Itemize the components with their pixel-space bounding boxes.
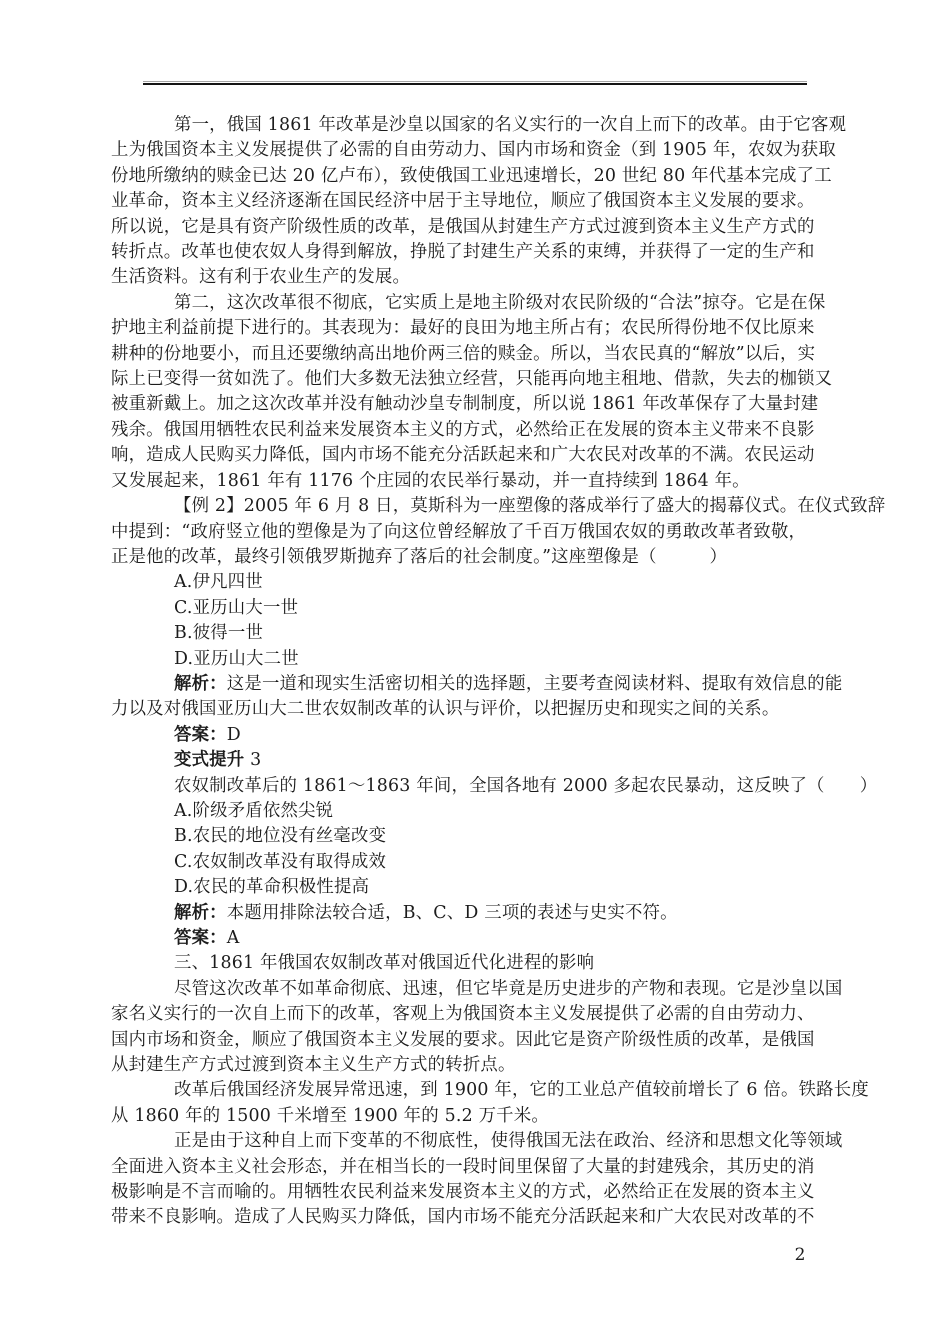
- line-text: A.伊凡四世: [174, 572, 263, 592]
- line-text: 【例 2】2005 年 6 月 8 日，莫斯科为一座塑像的落成举行了盛大的揭幕仪…: [174, 496, 885, 516]
- text-line: 解析：本题用排除法较合适，B、C、D 三项的表述与史实不符。: [111, 901, 821, 926]
- line-text: D.农民的革命积极性提高: [174, 877, 369, 897]
- text-line: 从封建生产方式过渡到资本主义生产方式的转折点。: [111, 1053, 821, 1078]
- text-line: 残余。俄国用牺牲农民利益来发展资本主义的方式，必然给正在发展的资本主义带来不良影: [111, 418, 821, 443]
- line-text: 改革后俄国经济发展异常迅速，到 1900 年，它的工业总产值较前增长了 6 倍。…: [174, 1080, 869, 1100]
- line-text: 业革命，资本主义经济逐渐在国民经济中居于主导地位，顺应了俄国资本主义发展的要求。: [111, 191, 815, 211]
- line-text: 所以说，它是具有资产阶级性质的改革，是俄国从封建生产方式过渡到资本主义生产方式的: [111, 217, 815, 237]
- text-line: 家名义实行的一次自上而下的改革，客观上为俄国资本主义发展提供了必需的自由劳动力、: [111, 1002, 821, 1027]
- text-line: A.阶级矛盾依然尖锐: [111, 799, 821, 824]
- text-line: C.农奴制改革没有取得成效: [111, 850, 821, 875]
- line-text: 又发展起来，1861 年有 1176 个庄园的农民举行暴动，并一直持续到 186…: [111, 471, 750, 491]
- text-line: 份地所缴纳的赎金已达 20 亿卢布），致使俄国工业迅速增长，20 世纪 80 年…: [111, 164, 821, 189]
- line-text: 极影响是不言而喻的。用牺牲农民利益来发展资本主义的方式，必然给正在发展的资本主义: [111, 1182, 815, 1202]
- line-text: 第二，这次改革很不彻底，它实质上是地主阶级对农民阶级的“合法”掠夺。它是在保: [174, 293, 825, 313]
- line-text: 转折点。改革也使农奴人身得到解放，挣脱了封建生产关系的束缚，并获得了一定的生产和: [111, 242, 815, 262]
- text-line: 被重新戴上。加之这次改革并没有触动沙皇专制制度，所以说 1861 年改革保存了大…: [111, 392, 821, 417]
- text-line: C.亚历山大一世: [111, 596, 821, 621]
- line-text: 份地所缴纳的赎金已达 20 亿卢布），致使俄国工业迅速增长，20 世纪 80 年…: [111, 166, 832, 186]
- text-line: 所以说，它是具有资产阶级性质的改革，是俄国从封建生产方式过渡到资本主义生产方式的: [111, 215, 821, 240]
- line-text: C.农奴制改革没有取得成效: [174, 852, 386, 872]
- text-line: 耕种的份地要小，而且还要缴纳高出地价两三倍的赎金。所以，当农民真的“解放”以后，…: [111, 342, 821, 367]
- line-label: 解析：: [174, 903, 227, 923]
- line-text: 带来不良影响。造成了人民购买力降低，国内市场不能充分活跃起来和广大农民对改革的不: [111, 1207, 815, 1227]
- text-line: 际上已变得一贫如洗了。他们大多数无法独立经营，只能再向地主租地、借款，失去的枷锁…: [111, 367, 821, 392]
- line-text: B.农民的地位没有丝毫改变: [174, 826, 386, 846]
- line-text: 本题用排除法较合适，B、C、D 三项的表述与史实不符。: [227, 903, 678, 923]
- text-line: 第一，俄国 1861 年改革是沙皇以国家的名义实行的一次自上而下的改革。由于它客…: [111, 113, 821, 138]
- text-line: A.伊凡四世: [111, 570, 821, 595]
- text-line: 全面进入资本主义社会形态，并在相当长的一段时间里保留了大量的封建残余，其历史的消: [111, 1155, 821, 1180]
- line-text: C.亚历山大一世: [174, 598, 298, 618]
- page-number: 2: [775, 1243, 825, 1268]
- text-line: 力以及对俄国亚历山大二世农奴制改革的认识与评价，以把握历史和现实之间的关系。: [111, 697, 821, 722]
- line-label: 解析：: [174, 674, 227, 694]
- line-text: 家名义实行的一次自上而下的改革，客观上为俄国资本主义发展提供了必需的自由劳动力、: [111, 1004, 815, 1024]
- text-line: 第二，这次改革很不彻底，它实质上是地主阶级对农民阶级的“合法”掠夺。它是在保: [111, 291, 821, 316]
- text-line: 答案：A: [111, 926, 821, 951]
- line-text: B.彼得一世: [174, 623, 263, 643]
- text-line: 转折点。改革也使农奴人身得到解放，挣脱了封建生产关系的束缚，并获得了一定的生产和: [111, 240, 821, 265]
- line-text: 力以及对俄国亚历山大二世农奴制改革的认识与评价，以把握历史和现实之间的关系。: [111, 699, 779, 719]
- line-label: 答案：: [174, 725, 227, 745]
- text-line: D.亚历山大二世: [111, 647, 821, 672]
- header-rule: [143, 81, 807, 85]
- text-line: 从 1860 年的 1500 千米增至 1900 年的 5.2 万千米。: [111, 1104, 821, 1129]
- line-text: 三、1861 年俄国农奴制改革对俄国近代化进程的影响: [174, 953, 594, 973]
- text-line: 【例 2】2005 年 6 月 8 日，莫斯科为一座塑像的落成举行了盛大的揭幕仪…: [111, 494, 821, 519]
- line-text: 这是一道和现实生活密切相关的选择题，主要考查阅读材料、提取有效信息的能: [227, 674, 843, 694]
- text-line: 正是由于这种自上而下变革的不彻底性，使得俄国无法在政治、经济和思想文化等领域: [111, 1129, 821, 1154]
- line-text: 上为俄国资本主义发展提供了必需的自由劳动力、国内市场和资金（到 1905 年，农…: [111, 140, 836, 160]
- text-line: 改革后俄国经济发展异常迅速，到 1900 年，它的工业总产值较前增长了 6 倍。…: [111, 1078, 821, 1103]
- line-text: 第一，俄国 1861 年改革是沙皇以国家的名义实行的一次自上而下的改革。由于它客…: [174, 115, 846, 135]
- text-line: 生活资料。这有利于农业生产的发展。: [111, 265, 821, 290]
- line-text: 农奴制改革后的 1861～1863 年间，全国各地有 2000 多起农民暴动，这…: [174, 776, 877, 796]
- line-text: 从封建生产方式过渡到资本主义生产方式的转折点。: [111, 1055, 516, 1075]
- text-line: 上为俄国资本主义发展提供了必需的自由劳动力、国内市场和资金（到 1905 年，农…: [111, 138, 821, 163]
- line-text: 中提到：“政府竖立他的塑像是为了向这位曾经解放了千百万俄国农奴的勇敢改革者致敬，: [111, 522, 806, 542]
- text-line: 极影响是不言而喻的。用牺牲农民利益来发展资本主义的方式，必然给正在发展的资本主义: [111, 1180, 821, 1205]
- text-line: B.农民的地位没有丝毫改变: [111, 824, 821, 849]
- line-text: 尽管这次改革不如革命彻底、迅速，但它毕竟是历史进步的产物和表现。它是沙皇以国: [174, 979, 842, 999]
- text-line: 正是他的改革，最终引领俄罗斯抛弃了落后的社会制度。”这座塑像是（ ）: [111, 545, 821, 570]
- text-line: 响，造成人民购买力降低，国内市场不能充分活跃起来和广大农民对改革的不满。农民运动: [111, 443, 821, 468]
- line-text: D: [227, 725, 241, 745]
- text-line: 解析：这是一道和现实生活密切相关的选择题，主要考查阅读材料、提取有效信息的能: [111, 672, 821, 697]
- line-text: 被重新戴上。加之这次改革并没有触动沙皇专制制度，所以说 1861 年改革保存了大…: [111, 394, 818, 414]
- text-line: 答案：D: [111, 723, 821, 748]
- text-line: 业革命，资本主义经济逐渐在国民经济中居于主导地位，顺应了俄国资本主义发展的要求。: [111, 189, 821, 214]
- line-text: 残余。俄国用牺牲农民利益来发展资本主义的方式，必然给正在发展的资本主义带来不良影: [111, 420, 815, 440]
- line-text: 国内市场和资金，顺应了俄国资本主义发展的要求。因此它是资产阶级性质的改革，是俄国: [111, 1030, 815, 1050]
- text-line: 国内市场和资金，顺应了俄国资本主义发展的要求。因此它是资产阶级性质的改革，是俄国: [111, 1028, 821, 1053]
- text-line: 尽管这次改革不如革命彻底、迅速，但它毕竟是历史进步的产物和表现。它是沙皇以国: [111, 977, 821, 1002]
- line-text: A: [227, 928, 240, 948]
- line-text: 耕种的份地要小，而且还要缴纳高出地价两三倍的赎金。所以，当农民真的“解放”以后，…: [111, 344, 815, 364]
- text-line: 带来不良影响。造成了人民购买力降低，国内市场不能充分活跃起来和广大农民对改革的不: [111, 1205, 821, 1230]
- text-line: 护地主利益前提下进行的。其表现为：最好的良田为地主所占有；农民所得份地不仅比原来: [111, 316, 821, 341]
- line-text: 正是由于这种自上而下变革的不彻底性，使得俄国无法在政治、经济和思想文化等领域: [174, 1131, 842, 1151]
- text-line: 又发展起来，1861 年有 1176 个庄园的农民举行暴动，并一直持续到 186…: [111, 469, 821, 494]
- line-text: 生活资料。这有利于农业生产的发展。: [111, 267, 410, 287]
- line-text: A.阶级矛盾依然尖锐: [174, 801, 333, 821]
- line-text: 全面进入资本主义社会形态，并在相当长的一段时间里保留了大量的封建残余，其历史的消: [111, 1157, 815, 1177]
- text-content: 第一，俄国 1861 年改革是沙皇以国家的名义实行的一次自上而下的改革。由于它客…: [111, 113, 821, 1231]
- line-text: 3: [244, 750, 261, 770]
- line-label: 变式提升: [174, 750, 244, 770]
- document-page: 第一，俄国 1861 年改革是沙皇以国家的名义实行的一次自上而下的改革。由于它客…: [0, 0, 950, 1344]
- line-text: 从 1860 年的 1500 千米增至 1900 年的 5.2 万千米。: [111, 1106, 549, 1126]
- text-line: D.农民的革命积极性提高: [111, 875, 821, 900]
- line-text: D.亚历山大二世: [174, 649, 299, 669]
- text-line: 三、1861 年俄国农奴制改革对俄国近代化进程的影响: [111, 951, 821, 976]
- line-text: 际上已变得一贫如洗了。他们大多数无法独立经营，只能再向地主租地、借款，失去的枷锁…: [111, 369, 832, 389]
- line-text: 响，造成人民购买力降低，国内市场不能充分活跃起来和广大农民对改革的不满。农民运动: [111, 445, 815, 465]
- line-text: 正是他的改革，最终引领俄罗斯抛弃了落后的社会制度。”这座塑像是（ ）: [111, 547, 727, 567]
- text-line: 中提到：“政府竖立他的塑像是为了向这位曾经解放了千百万俄国农奴的勇敢改革者致敬，: [111, 520, 821, 545]
- text-line: 农奴制改革后的 1861～1863 年间，全国各地有 2000 多起农民暴动，这…: [111, 774, 821, 799]
- text-line: B.彼得一世: [111, 621, 821, 646]
- line-label: 答案：: [174, 928, 227, 948]
- line-text: 护地主利益前提下进行的。其表现为：最好的良田为地主所占有；农民所得份地不仅比原来: [111, 318, 815, 338]
- text-line: 变式提升 3: [111, 748, 821, 773]
